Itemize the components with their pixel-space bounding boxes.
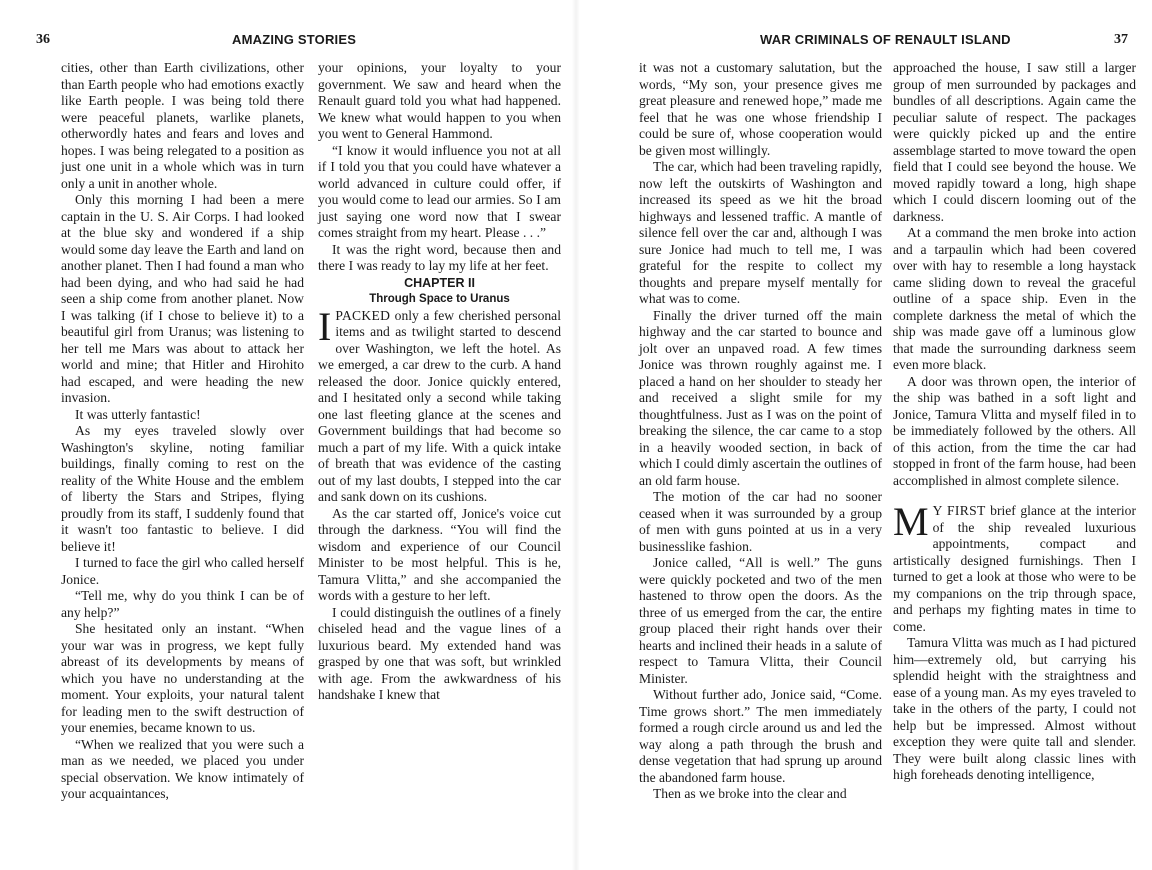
- running-head: AMAZING STORIES: [232, 32, 356, 47]
- paragraph: It was utterly fantastic!: [61, 407, 304, 424]
- paragraph: As my eyes traveled slowly over Washingt…: [61, 423, 304, 555]
- paragraph: Tamura Vlitta was much as I had pictured…: [893, 635, 1136, 784]
- paragraph: A door was thrown open, the interior of …: [893, 374, 1136, 490]
- paragraph: cities, other than Earth civilizations, …: [61, 60, 304, 192]
- paragraph: “I know it would influence you not at al…: [318, 143, 561, 242]
- column-2: approached the house, I saw still a larg…: [893, 60, 1136, 784]
- column-1: it was not a customary salutation, but t…: [639, 60, 882, 803]
- paragraph: Without further ado, Jonice said, “Come.…: [639, 687, 882, 786]
- paragraph: I could distinguish the outlines of a fi…: [318, 605, 561, 704]
- column-1: cities, other than Earth civilizations, …: [61, 60, 304, 803]
- paragraph: I turned to face the girl who called her…: [61, 555, 304, 588]
- first-words: PACKED: [335, 308, 390, 323]
- paragraph: It was the right word, because then and …: [318, 242, 561, 275]
- paragraph-text: only a few cherished personal items and …: [318, 308, 561, 505]
- paragraph: Finally the driver turned off the main h…: [639, 308, 882, 490]
- left-page: 36 AMAZING STORIES cities, other than Ea…: [0, 0, 576, 870]
- chapter-heading: CHAPTER II: [318, 275, 561, 292]
- paragraph: Only this morning I had been a mere capt…: [61, 192, 304, 407]
- paragraph: “Tell me, why do you think I can be of a…: [61, 588, 304, 621]
- paragraph: your opinions, your loyalty to your gove…: [318, 60, 561, 143]
- running-head: WAR CRIMINALS OF RENAULT ISLAND: [760, 32, 1011, 47]
- paragraph: At a command the men broke into action a…: [893, 225, 1136, 374]
- paragraph: “When we realized that you were such a m…: [61, 737, 304, 803]
- page-number: 37: [1114, 32, 1128, 48]
- paragraph: She hesitated only an instant. “When you…: [61, 621, 304, 737]
- paragraph: The car, which had been traveling rapidl…: [639, 159, 882, 308]
- first-words: Y FIRST: [933, 503, 986, 518]
- paragraph: approached the house, I saw still a larg…: [893, 60, 1136, 225]
- paragraph: it was not a customary salutation, but t…: [639, 60, 882, 159]
- section-opening-paragraph: MY FIRST brief glance at the interior of…: [893, 503, 1136, 635]
- paragraph: The motion of the car had no sooner ceas…: [639, 489, 882, 555]
- chapter-subtitle: Through Space to Uranus: [318, 291, 561, 308]
- column-2: your opinions, your loyalty to your gove…: [318, 60, 561, 704]
- paragraph: As the car started off, Jonice's voice c…: [318, 506, 561, 605]
- right-page: WAR CRIMINALS OF RENAULT ISLAND 37 it wa…: [576, 0, 1152, 870]
- drop-cap: I: [318, 312, 331, 342]
- paragraph: Jonice called, “All is well.” The guns w…: [639, 555, 882, 687]
- page-number: 36: [36, 32, 50, 48]
- drop-cap: M: [893, 507, 929, 537]
- paragraph-text: brief glance at the interior of the ship…: [893, 503, 1136, 634]
- section-break: [893, 489, 1136, 503]
- paragraph: Then as we broke into the clear and: [639, 786, 882, 803]
- chapter-opening-paragraph: IPACKED only a few cherished personal it…: [318, 308, 561, 506]
